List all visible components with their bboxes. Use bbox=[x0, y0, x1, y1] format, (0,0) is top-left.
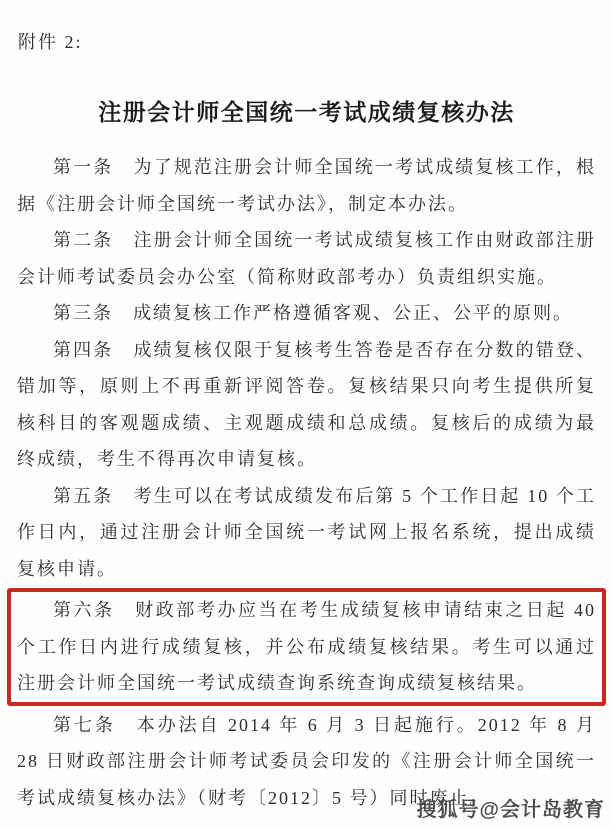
document-title: 注册会计师全国统一考试成绩复核办法 bbox=[18, 97, 595, 127]
document-page: 附件 2: 注册会计师全国统一考试成绩复核办法 第一条 为了规范注册会计师全国统… bbox=[0, 0, 613, 826]
highlight-box: 第六条 财政部考办应当在考生成绩复核申请结束之日起 40 个工作日内进行成绩复核… bbox=[7, 588, 606, 706]
attachment-label: 附件 2: bbox=[18, 30, 595, 54]
article-4: 第四条 成绩复核仅限于复核考生答卷是否存在分数的错登、错加等，原则上不再重新评阅… bbox=[17, 332, 596, 478]
article-2: 第二条 注册会计师全国统一考试成绩复核工作由财政部注册会计师考试委员会办公室（简… bbox=[17, 222, 596, 295]
watermark-sohu-account: 搜狐号@会计岛教育 bbox=[416, 793, 605, 822]
document-body: 第一条 为了规范注册会计师全国统一考试成绩复核工作，根据《注册会计师全国统一考试… bbox=[17, 149, 596, 816]
article-3: 第三条 成绩复核工作严格遵循客观、公正、公平的原则。 bbox=[17, 295, 596, 332]
article-6-highlighted: 第六条 财政部考办应当在考生成绩复核申请结束之日起 40 个工作日内进行成绩复核… bbox=[17, 592, 596, 702]
article-1: 第一条 为了规范注册会计师全国统一考试成绩复核工作，根据《注册会计师全国统一考试… bbox=[17, 149, 596, 222]
article-5: 第五条 考生可以在考试成绩发布后第 5 个工作日起 10 个工作日内，通过注册会… bbox=[17, 478, 596, 588]
